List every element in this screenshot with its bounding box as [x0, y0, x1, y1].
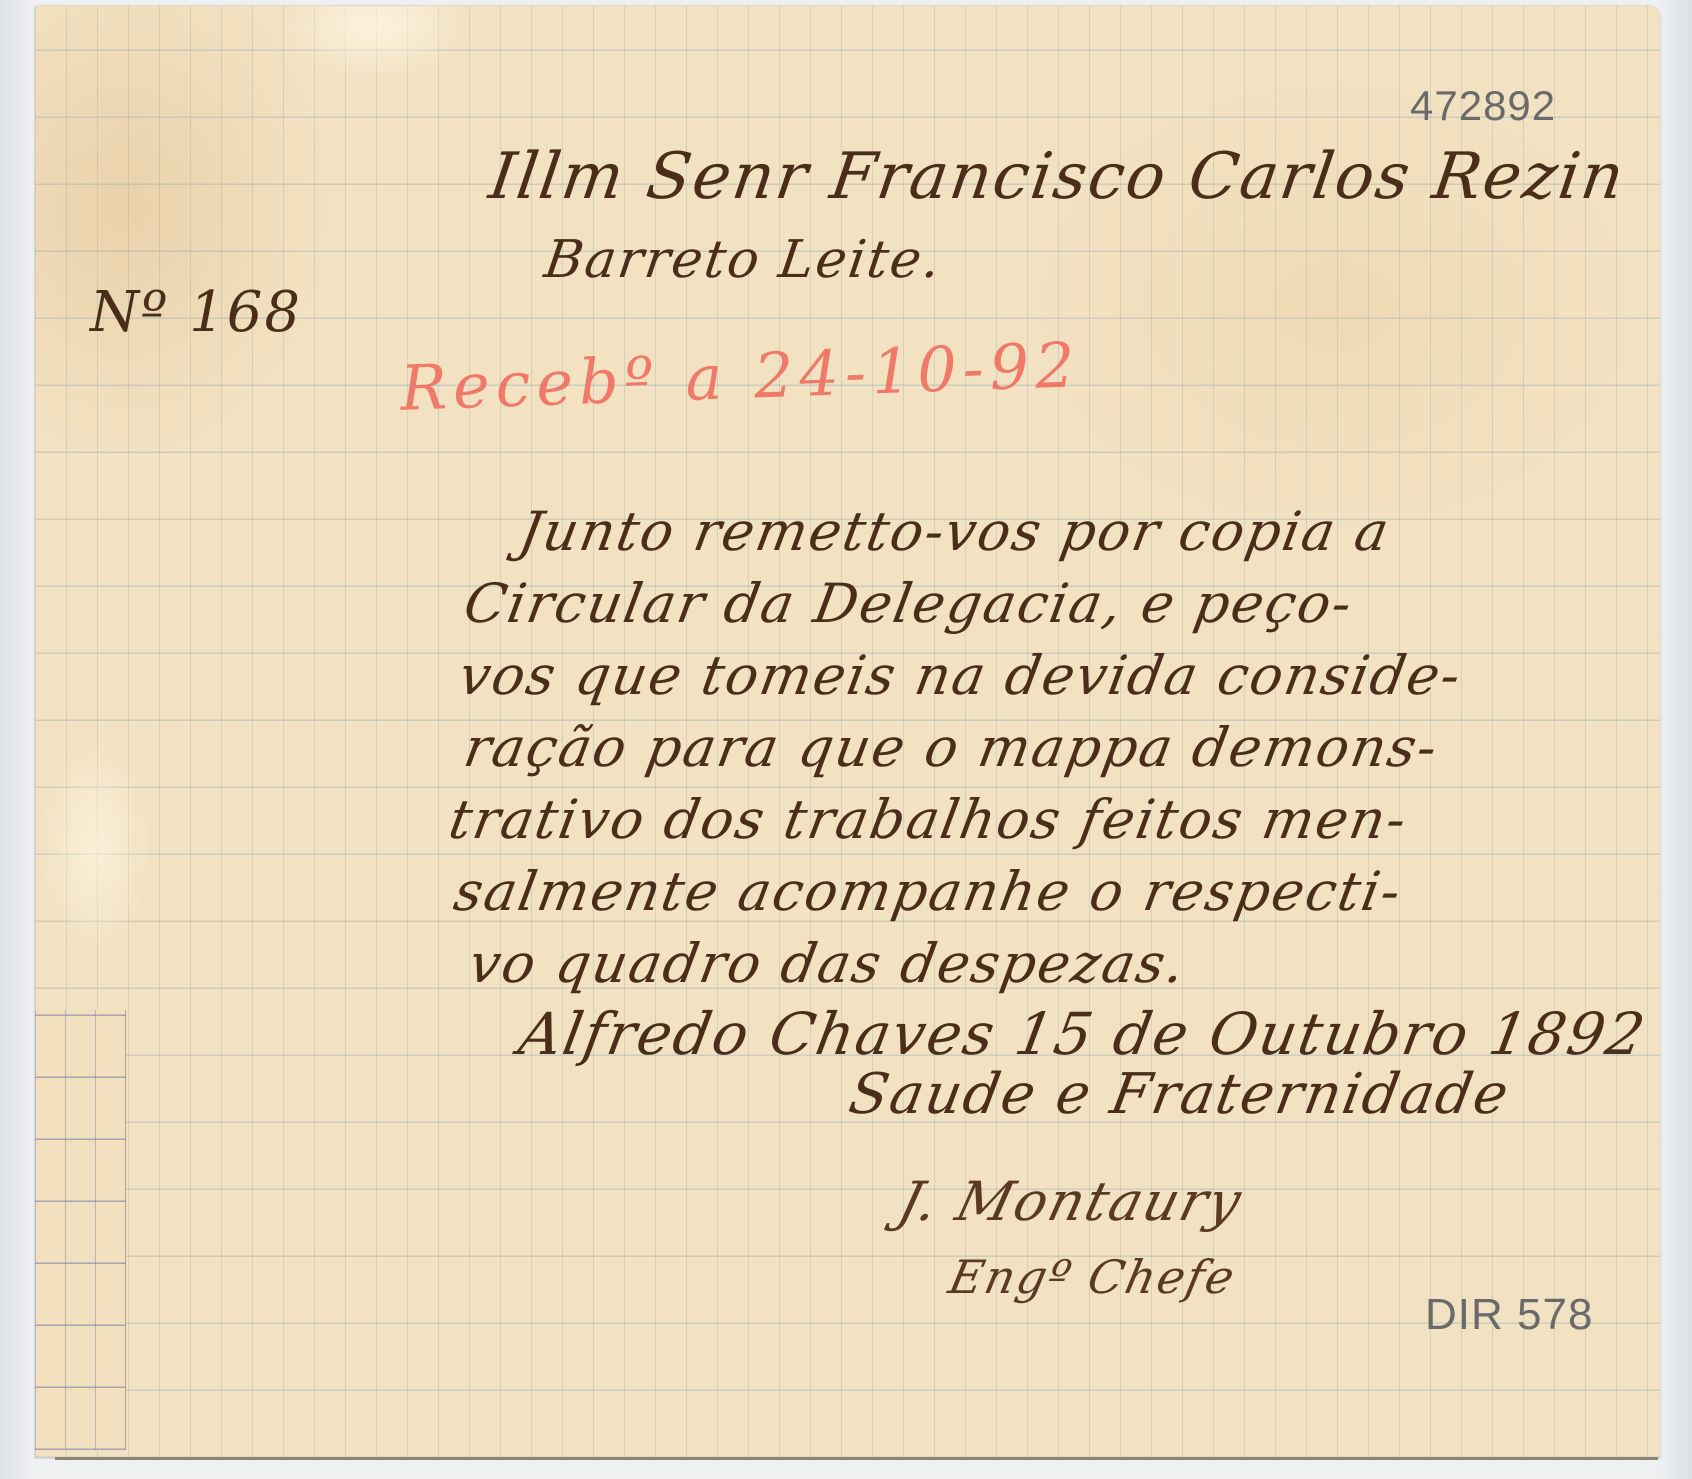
- signature: J. Montaury: [892, 1170, 1249, 1233]
- body-line: vo quadro das despezas.: [464, 932, 1191, 995]
- body-line: Circular da Delegacia, e peço-: [459, 572, 1358, 635]
- archive-number-top: 472892: [1410, 82, 1556, 130]
- closing-salutation: Saude e Fraternidade: [844, 1062, 1515, 1127]
- body-line: Junto remetto-vos por copia a: [514, 500, 1395, 563]
- addressee-line-2: Barreto Leite.: [541, 230, 946, 290]
- body-line: vos que tomeis na devida conside-: [454, 644, 1467, 707]
- place-and-date: Alfredo Chaves 15 de Outubro 1892: [514, 1000, 1652, 1068]
- grid-paper-strip: [35, 1010, 126, 1450]
- body-line: trativo dos trabalhos feitos men-: [444, 788, 1412, 851]
- sheet-bottom-edge: [55, 1457, 1658, 1460]
- body-line: salmente acompanhe o respecti-: [449, 860, 1407, 923]
- archive-number-bottom: DIR 578: [1425, 1290, 1593, 1340]
- signature-title: Engº Chefe: [944, 1250, 1241, 1304]
- body-line: ração para que o mappa demons-: [459, 716, 1443, 779]
- addressee-line-1: Illm Senr Francisco Carlos Rezin: [485, 140, 1630, 214]
- document-number: Nº 168: [90, 280, 302, 345]
